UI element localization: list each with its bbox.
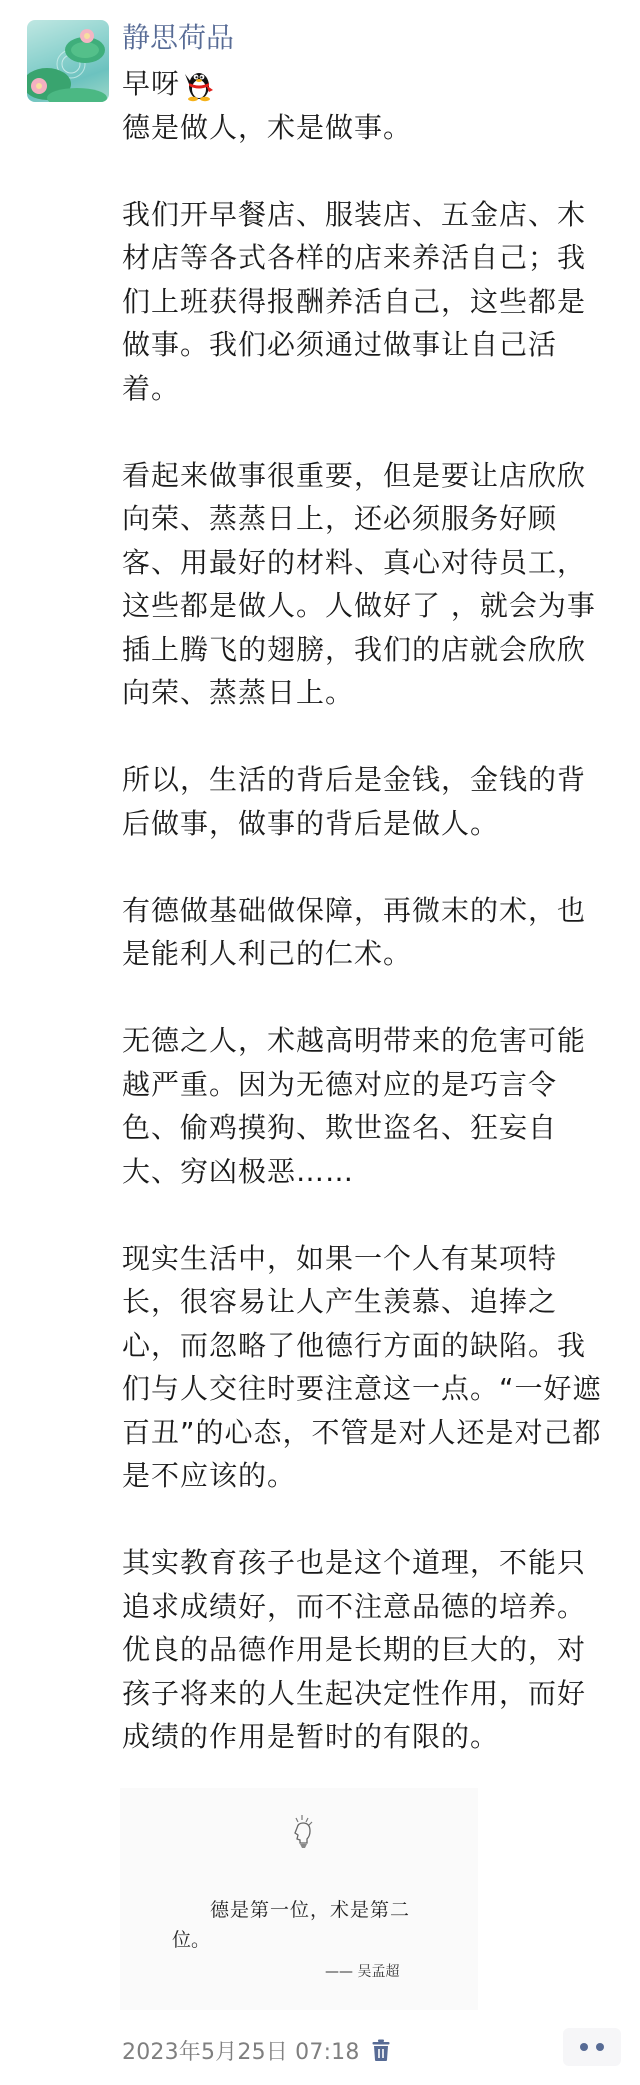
greeting-text: 早呀 [122, 62, 180, 106]
qq-penguin-emoji-icon [182, 66, 216, 102]
quote-text-line2: 位。 [172, 1926, 210, 1954]
avatar[interactable] [27, 20, 109, 102]
paragraph-8: 其实教育孩子也是这个道理，不能只 追求成绩好，而不注意品德的培养。 优良的品德作… [122, 1541, 622, 1759]
greeting-line: 早呀 [122, 62, 622, 106]
paragraph-4: 所以，生活的背后是金钱，金钱的背 后做事，做事的背后是做人。 [122, 758, 622, 845]
paragraph-6: 无德之人，术越高明带来的危害可能 越严重。因为无德对应的是巧言令 色、偷鸡摸狗、… [122, 1019, 622, 1193]
lotus-pond-avatar-icon [27, 20, 109, 102]
post-timestamp: 2023年5月25日 07:18 [122, 2035, 360, 2066]
paragraph-1: 德是做人，术是做事。 [122, 106, 622, 150]
more-dots-icon [580, 2043, 588, 2051]
quote-text-line1: 德是第一位，术是第二 [210, 1896, 410, 1924]
post-image-quote[interactable]: 德是第一位，术是第二 位。 —— 吴孟超 [120, 1788, 478, 2010]
paragraph-7: 现实生活中，如果一个人有某项特 长，很容易让人产生羡慕、追捧之 心，而忽略了他德… [122, 1237, 622, 1498]
post-content: 早呀 德是做人，术是做事。 我们开早餐店、服装店、五金店、木 材店等各式各样的店… [122, 62, 622, 1759]
post-footer: 2023年5月25日 07:18 [122, 2030, 390, 2070]
author-nickname[interactable]: 静思荷品 [122, 18, 234, 58]
lightbulb-head-icon [288, 1812, 316, 1852]
more-actions-button[interactable] [563, 2028, 621, 2066]
quote-author: —— 吴孟超 [325, 1962, 399, 1982]
paragraph-5: 有德做基础做保障，再微末的术，也 是能利人利己的仁术。 [122, 889, 622, 976]
trash-icon[interactable] [372, 2039, 390, 2061]
paragraph-2: 我们开早餐店、服装店、五金店、木 材店等各式各样的店来养活自己；我 们上班获得报… [122, 193, 622, 411]
more-dots-icon [596, 2043, 604, 2051]
paragraph-3: 看起来做事很重要，但是要让店欣欣 向荣、蒸蒸日上，还必须服务好顾 客、用最好的材… [122, 454, 622, 715]
